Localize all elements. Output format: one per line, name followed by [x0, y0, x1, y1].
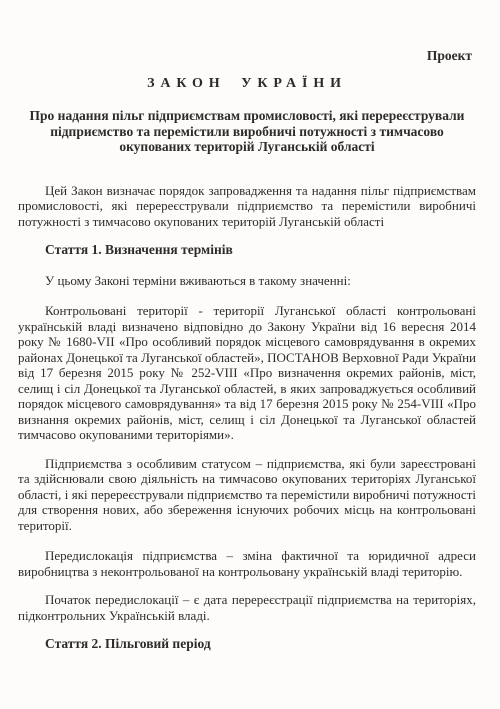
intro-paragraph: Цей Закон визначає порядок запровадження…	[18, 183, 476, 230]
controlled-territories-definition-paragraph: Контрольовані території - території Луга…	[18, 303, 476, 443]
document-title: Про надання пільг підприємствам промисло…	[22, 108, 472, 155]
special-status-enterprises-definition-paragraph: Підприємства з особливим статусом – підп…	[18, 456, 476, 534]
article-2-heading: Стаття 2. Пільговий період	[18, 636, 476, 652]
redeployment-definition-paragraph: Передислокація підприємства – зміна факт…	[18, 548, 476, 579]
draft-label: Проект	[18, 48, 472, 63]
scanned-law-document-page: Проект ЗАКОН УКРАЇНИ Про надання пільг п…	[0, 0, 500, 709]
terms-intro-paragraph: У цьому Законі терміни вживаються в тако…	[18, 273, 476, 289]
article-1-heading: Стаття 1. Визначення термінів	[18, 242, 476, 258]
law-of-ukraine-heading: ЗАКОН УКРАЇНИ	[18, 76, 476, 91]
redeployment-start-definition-paragraph: Початок передислокації – є дата перереєс…	[18, 592, 476, 623]
